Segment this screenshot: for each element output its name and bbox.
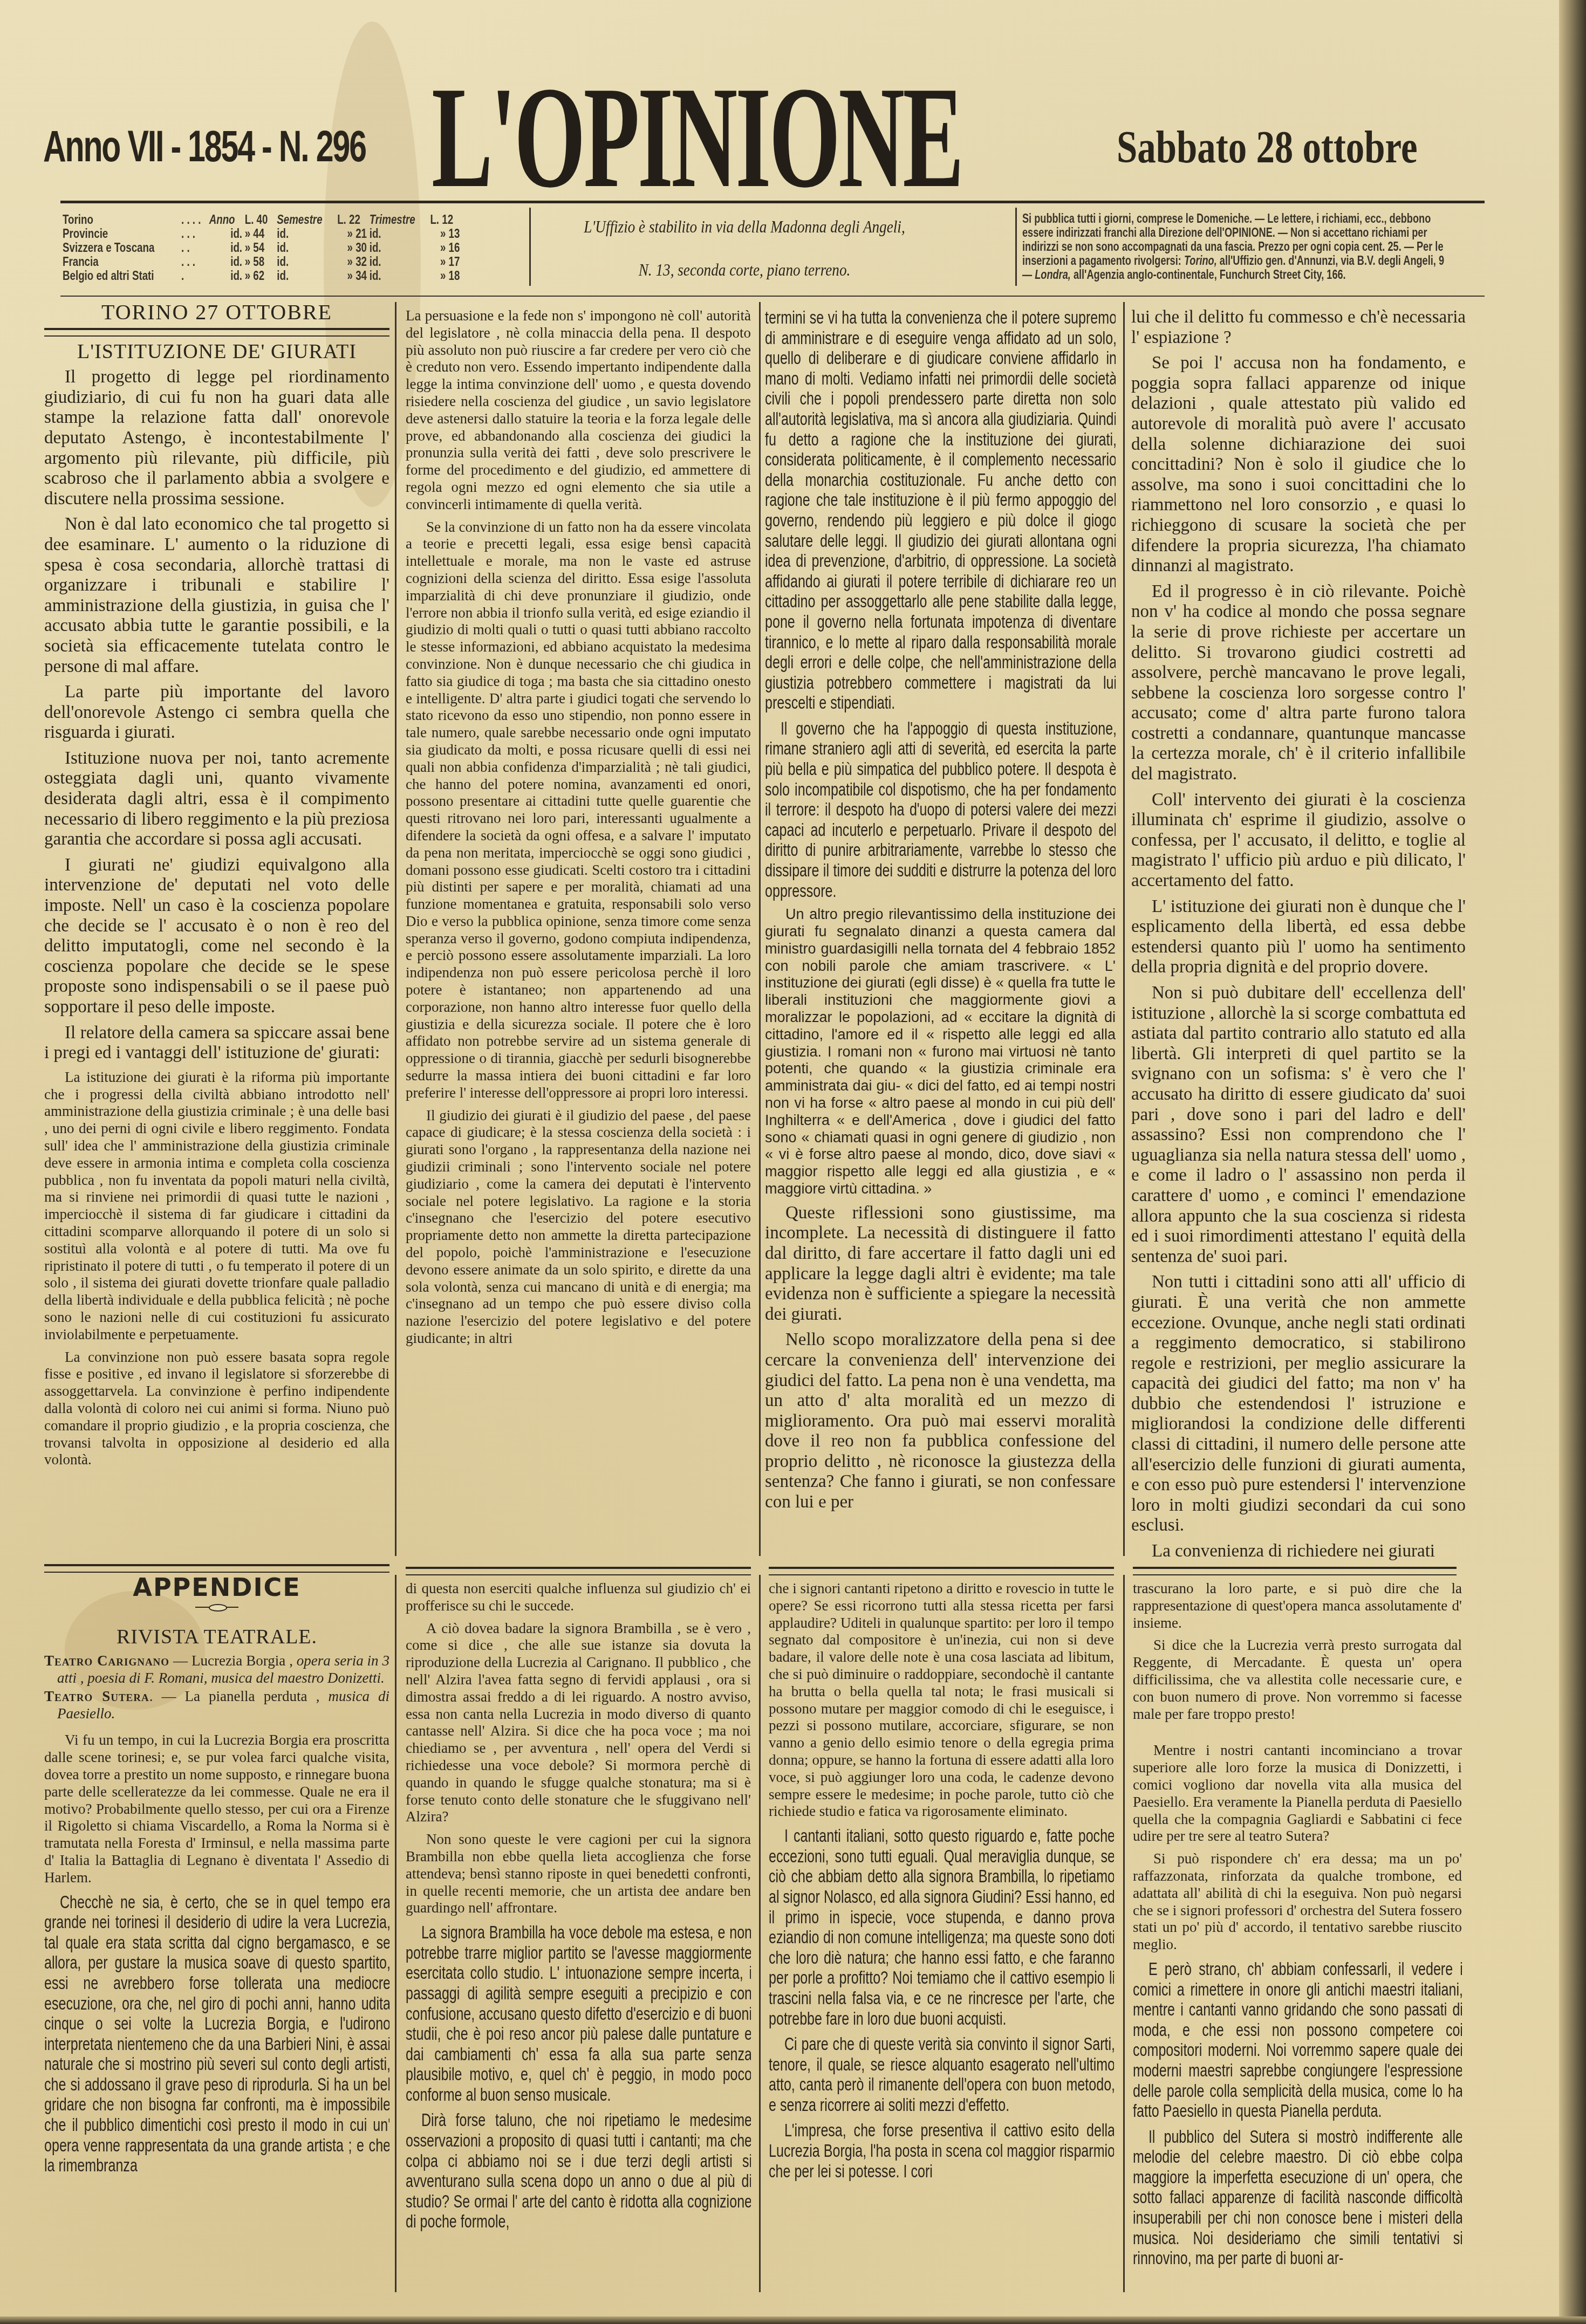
paragraph: La convenienza di richiedere nei giurati [1131, 1541, 1466, 1562]
theatre-name: Teatro Carignano [44, 1653, 169, 1669]
paragraph: Vi fu un tempo, in cui la Lucrezia Borgi… [44, 1732, 389, 1886]
paragraph: Se poi l' accusa non ha fondamento, e po… [1131, 353, 1466, 577]
column-divider [1123, 302, 1125, 1556]
price-cell: » 30 [337, 241, 370, 255]
price-cell: » 32 [337, 255, 370, 269]
appendice-column-3: che i signori cantanti ripetono a diritt… [769, 1580, 1114, 2186]
paragraph: Checchè ne sia, è certo, che se in quel … [44, 1892, 389, 2176]
price-cell: » 21 [337, 227, 370, 241]
theatre-listing: Teatro Carignano — Lucrezia Borgia , ope… [44, 1653, 389, 1687]
theatre-name: Teatro Sutera [44, 1688, 149, 1704]
header-anno: Anno [209, 213, 245, 227]
paragraph: Istituzione nuova per noi, tanto acremen… [44, 749, 389, 850]
quoted-paragraph: La istituzione dei giurati è la riforma … [44, 1069, 389, 1343]
issue-date: Sabbato 28 ottobre [1117, 121, 1417, 174]
paragraph: Nello scopo moralizzatore della pena si … [765, 1330, 1116, 1512]
price-cell: » 58 [245, 255, 277, 269]
paragraph: trascurano la loro parte, e si può dire … [1133, 1580, 1462, 1631]
notice-torino: Torino, [1184, 253, 1217, 268]
table-row: Torino . . . . Anno L. 40 Semestre L. 22… [63, 213, 462, 227]
place-cell: Svizzera e Toscana [63, 241, 181, 255]
paragraph: Il governo che ha l'appoggio di questa i… [765, 718, 1116, 901]
id-cell: id. [370, 227, 430, 241]
quoted-paragraph: Il giudizio dei giurati è il giudizio de… [406, 1107, 751, 1347]
paragraph: La parte più importante del lavoro dell'… [44, 682, 389, 743]
price-cell: » 44 [245, 227, 277, 241]
article-column-2: La persuasione e la fede non s' impongon… [406, 307, 751, 1353]
notice-text: all'Agenzia anglo-continentale, Funchurc… [1071, 268, 1346, 282]
quoted-paragraph: Se la convinzione di un fatto non ha da … [406, 519, 751, 1102]
section-rule [44, 328, 389, 337]
paragraph: Dirà forse taluno, che noi ripetiamo le … [406, 2110, 751, 2232]
paragraph: Il relatore della camera sa spiccare ass… [44, 1023, 389, 1064]
id-cell: id. [209, 227, 245, 241]
appendice-column-2: di questa non eserciti qualche influenza… [406, 1580, 751, 2237]
info-band-rule [60, 296, 1485, 297]
paragraph: I giurati ne' giudizi equivalgono alla i… [44, 855, 389, 1018]
appendice-rule [769, 1567, 1114, 1575]
paragraph: Il progetto di legge pel riordinamento g… [44, 367, 389, 509]
price-cell: » 17 [430, 255, 462, 269]
minister-quote: Un altro pregio rilevantissimo della ins… [765, 906, 1116, 1198]
paragraph: di questa non eserciti qualche influenza… [406, 1580, 751, 1615]
paragraph: Si può rispondere ch' era dessa; ma un p… [1133, 1850, 1462, 1953]
header-trimestre: Trimestre [370, 213, 430, 227]
paragraph: che i signori cantanti ripetono a diritt… [769, 1580, 1114, 1820]
id-cell: id. [277, 227, 337, 241]
page-edge [1559, 0, 1586, 2324]
paragraph: Ed il progresso è in ciò rilevante. Poic… [1131, 582, 1466, 785]
column-divider [395, 1575, 396, 2292]
paragraph: Non è dal lato economico che tal progett… [44, 515, 389, 677]
paragraph: Si dice che la Lucrezia verrà presto sur… [1133, 1637, 1462, 1723]
column-divider [1123, 1575, 1125, 2292]
price-cell: L. 12 [430, 213, 462, 227]
publication-notice: Si pubblica tutti i giorni, comprese le … [1022, 211, 1453, 282]
column-divider [759, 302, 761, 1556]
paragraph: La signora Brambilla ha voce debole ma e… [406, 1922, 751, 2104]
price-cell: » 13 [430, 227, 462, 241]
paragraph: Ci pare che di queste verità sia convint… [769, 2034, 1114, 2115]
place-cell: Francia [63, 255, 181, 269]
id-cell: id. [370, 255, 430, 269]
column-divider [529, 208, 531, 286]
paragraph: termini se vi ha tutta la convenienza ch… [765, 307, 1116, 713]
paragraph: Mentre i nostri cantanti incominciano a … [1133, 1742, 1462, 1845]
paragraph: L'impresa, che forse presentiva il catti… [769, 2120, 1114, 2181]
table-row: Belgio ed altri Stati. id.» 62 id.» 34 i… [63, 269, 462, 283]
id-cell: id. [370, 269, 430, 283]
subscription-rates: Torino . . . . Anno L. 40 Semestre L. 22… [63, 213, 462, 283]
review-title: RIVISTA TEATRALE. [44, 1627, 389, 1648]
appendice-title: APPENDICE [44, 1578, 389, 1598]
issue-number: Anno VII - 1854 - N. 296 [43, 121, 366, 172]
place-cell: Torino [63, 213, 181, 227]
place-cell: Provincie [63, 227, 181, 241]
quoted-paragraph: La persuasione e la fede non s' impongon… [406, 307, 751, 513]
paragraph: Non sono queste le vere cagioni per cui … [406, 1831, 751, 1917]
id-cell: id. [277, 255, 337, 269]
price-cell: » 34 [337, 269, 370, 283]
table-row: Francia. . . id.» 58 id.» 32 id.» 17 [63, 255, 462, 269]
paragraph: E però strano, ch' abbiam confessarli, i… [1133, 1959, 1462, 2121]
office-address: L'Uffizio è stabilito in via della Madon… [570, 216, 919, 302]
id-cell: id. [277, 269, 337, 283]
quoted-paragraph: La convinzione non può essere basata sop… [44, 1349, 389, 1469]
paragraph: lui che il delitto fu commesso e ch'è ne… [1131, 307, 1466, 348]
work-title: . — La pianella perduta , [149, 1688, 329, 1704]
appendice-rule [44, 1564, 389, 1573]
theatre-listing: Teatro Sutera. — La pianella perduta , m… [44, 1688, 389, 1723]
price-cell: L. 22 [337, 213, 370, 227]
appendice-rule [406, 1567, 751, 1575]
ornament-divider-icon [195, 1603, 238, 1611]
price-cell: » 16 [430, 241, 462, 255]
price-cell: » 54 [245, 241, 277, 255]
paragraph: A ciò dovea badare la signora Brambilla … [406, 1620, 751, 1826]
table-row: Provincie. . . id.» 44 id.» 21 id.» 13 [63, 227, 462, 241]
notice-londra: Londra, [1035, 268, 1071, 282]
article-column-1: TORINO 27 OTTOBRE L'ISTITUZIONE DE' GIUR… [44, 302, 389, 1474]
paragraph: Queste riflessioni sono giustissime, ma … [765, 1203, 1116, 1325]
paragraph: Il pubblico del Sutera si mostrò indiffe… [1133, 2127, 1462, 2268]
appendice-rule [1133, 1567, 1457, 1575]
article-title: L'ISTITUZIONE DE' GIURATI [44, 342, 389, 362]
masthead: Anno VII - 1854 - N. 296 L'OPINIONE Sabb… [43, 76, 1446, 200]
subscription-table: Torino . . . . Anno L. 40 Semestre L. 22… [63, 213, 462, 283]
id-cell: id. [277, 241, 337, 255]
header-semestre: Semestre [277, 213, 337, 227]
paragraph: I cantanti italiani, sotto questo riguar… [769, 1826, 1114, 2028]
article-column-4: lui che il delitto fu commesso e ch'è ne… [1131, 307, 1466, 1567]
column-divider [395, 302, 396, 1556]
price-cell: L. 40 [245, 213, 277, 227]
place-cell: Belgio ed altri Stati [63, 269, 181, 283]
id-cell: id. [209, 269, 245, 283]
appendice-column-4: trascurano la loro parte, e si può dire … [1133, 1580, 1462, 2274]
id-cell: id. [370, 241, 430, 255]
newspaper-page: Anno VII - 1854 - N. 296 L'OPINIONE Sabb… [0, 0, 1559, 2316]
id-cell: id. [209, 255, 245, 269]
work-title: — Lucrezia Borgia , [169, 1653, 297, 1669]
column-divider [1015, 208, 1017, 286]
masthead-rule [60, 201, 1485, 203]
price-cell: » 62 [245, 269, 277, 283]
newspaper-title: L'OPINIONE [432, 76, 962, 200]
table-row: Svizzera e Toscana. . id.» 54 id.» 30 id… [63, 241, 462, 255]
appendice-column-1: APPENDICE RIVISTA TEATRALE. Teatro Carig… [44, 1578, 389, 2181]
office-line: L'Uffizio è stabilito in via della Madon… [570, 216, 919, 237]
paragraph: Non si può dubitare dell' eccellenza del… [1131, 983, 1466, 1267]
price-cell: » 18 [430, 269, 462, 283]
article-column-3: termini se vi ha tutta la convenienza ch… [765, 307, 1116, 1553]
page-edge [0, 2316, 1586, 2324]
paragraph: L' istituzione dei giurati non è dunque … [1131, 897, 1466, 978]
office-line: N. 13, seconda corte, piano terreno. [570, 259, 919, 280]
dateline: TORINO 27 OTTOBRE [44, 302, 389, 323]
paragraph: Non tutti i cittadini sono atti all' uff… [1131, 1272, 1466, 1536]
column-divider [759, 1575, 761, 2292]
id-cell: id. [209, 241, 245, 255]
paragraph: Coll' intervento dei giurati è la coscie… [1131, 790, 1466, 892]
